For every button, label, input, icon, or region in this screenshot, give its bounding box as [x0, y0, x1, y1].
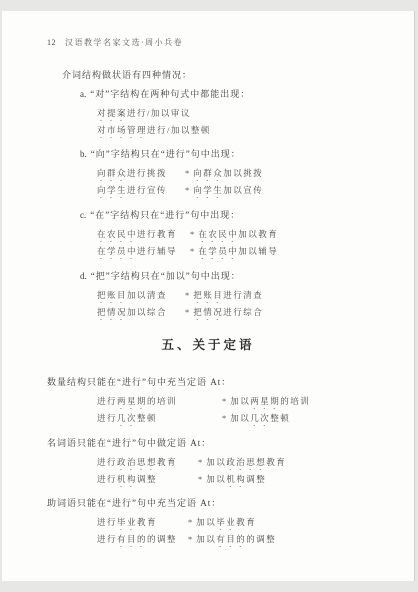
asterisk: * [185, 185, 189, 195]
example-emphasis: 对市场管理 [97, 125, 147, 135]
group-title-text: “把”字结构只在“加以”句中出现： [91, 271, 241, 281]
example-text: 进行/加以整顿 [147, 125, 211, 135]
example-text: 加以挑拨 [223, 168, 263, 178]
group-a: a.“对”字结构在两种句式中都能出现： 对提案进行/加以审议 对市场管理进行/加… [2, 89, 414, 140]
example-left: 在学员中进行辅导 [97, 244, 190, 261]
asterisk: * [185, 307, 189, 317]
example-left: 进行毕业教育 [97, 515, 188, 532]
example-row: 进行有目的的调整 *加以有目的的调整 [97, 532, 414, 549]
attr-group-examples: 进行政治思想教育 *加以政治思想教育 进行机构调整 *加以机构调整 [97, 455, 414, 489]
group-title-text: “在”字结构只在“进行”句中出现： [90, 210, 240, 220]
example-emphasis: 把账目 [97, 290, 127, 300]
example-text: 加以清查 [127, 290, 167, 300]
example-row: 进行机构调整 *加以机构调整 [97, 472, 414, 489]
book-page: 12 汉语教学名家文选·周小兵卷 介词结构做状语有四种情况： a.“对”字结构在… [2, 11, 415, 581]
asterisk: * [198, 474, 202, 484]
attr-group-examples: 进行毕业教育 *加以毕业教育 进行有目的的调整 *加以有目的的调整 [97, 515, 414, 549]
asterisk: * [190, 246, 194, 256]
example-emphasis: 两星期 [117, 396, 147, 406]
example-text: 教育 [266, 457, 286, 467]
example-text: 调整 [246, 474, 266, 484]
example-emphasis: 有目的 [216, 534, 246, 544]
example-row: 进行两星期的培训 *加以两星期的培训 [97, 394, 414, 411]
group-title-text: “向”字结构只在“进行”句中出现： [91, 149, 241, 159]
group-b: b.“向”字结构只在“进行”句中出现： 向群众进行挑拨 *向群众加以挑拨 向学生… [2, 149, 414, 200]
example-emphasis: 机构 [226, 474, 246, 484]
example-right: *在学员中加以辅导 [190, 244, 278, 261]
group-c-examples: 在农民中进行教育 *在农民中加以教育 在学员中进行辅导 *在学员中加以辅导 [97, 227, 414, 261]
example-text: 教育 [236, 517, 256, 527]
attr-group-examples: 进行两星期的培训 *加以两星期的培训 进行几次整顿 *加以几次整顿 [97, 394, 414, 428]
example-text: 加以 [230, 396, 250, 406]
group-label: a. [80, 89, 86, 99]
example-text: 进行综合 [223, 307, 263, 317]
example-emphasis: 毕业 [216, 517, 236, 527]
example-emphasis: 在学员中 [97, 246, 137, 256]
example-row: 进行毕业教育 *加以毕业教育 [97, 515, 414, 532]
example-emphasis: 向学生 [193, 185, 223, 195]
asterisk: * [222, 413, 226, 423]
example-row: 向学生进行宣传 *向学生加以宣传 [97, 183, 414, 200]
example-emphasis: 政治思想 [117, 457, 157, 467]
group-b-title: b.“向”字结构只在“进行”句中出现： [80, 149, 414, 160]
group-c: c.“在”字结构只在“进行”句中出现： 在农民中进行教育 *在农民中加以教育 在… [2, 210, 414, 261]
example-left: 对提案进行/加以审议 [97, 106, 191, 123]
example-emphasis: 向群众 [97, 168, 127, 178]
example-row: 在学员中进行辅导 *在学员中加以辅导 [97, 244, 414, 261]
example-text: 进行教育 [137, 229, 177, 239]
example-emphasis: 在农民中 [198, 229, 238, 239]
example-emphasis: 在农民中 [97, 229, 137, 239]
example-left: 进行有目的的调整 [97, 532, 188, 549]
example-text: 加以教育 [238, 229, 278, 239]
example-text: 调整 [137, 474, 157, 484]
example-right: *加以政治思想教育 [198, 455, 286, 472]
example-left: 把账目加以清查 [97, 288, 185, 305]
example-text: 进行 [97, 517, 117, 527]
asterisk: * [188, 517, 192, 527]
example-left: 向学生进行宣传 [97, 183, 185, 200]
example-text: 进行 [97, 534, 117, 544]
example-left: 向群众进行挑拨 [97, 166, 185, 183]
example-right: *向学生加以宣传 [185, 183, 263, 200]
group-c-title: c.“在”字结构只在“进行”句中出现： [80, 210, 414, 221]
example-row: 把情况加以综合 *把情况进行综合 [97, 305, 414, 322]
section-heading: 五、关于定语 [2, 337, 414, 353]
example-left: 对市场管理进行/加以整顿 [97, 123, 211, 140]
example-text: 进行挑拨 [127, 168, 167, 178]
example-emphasis: 向学生 [97, 185, 127, 195]
example-emphasis: 几次 [250, 413, 270, 423]
example-right: *加以几次整顿 [222, 411, 290, 428]
example-right: *加以毕业教育 [188, 515, 256, 532]
example-emphasis: 毕业 [117, 517, 137, 527]
example-row: 对市场管理进行/加以整顿 [97, 123, 414, 140]
example-text: 整顿 [270, 413, 290, 423]
example-emphasis: 政治思想 [226, 457, 266, 467]
page-header: 12 汉语教学名家文选·周小兵卷 [47, 38, 414, 48]
example-text: 加以 [206, 474, 226, 484]
example-left: 进行几次整顿 [97, 411, 222, 428]
example-row: 把账目加以清查 *把账目进行清查 [97, 288, 414, 305]
group-title-text: “对”字结构在两种句式中都能出现： [90, 89, 250, 99]
asterisk: * [190, 229, 194, 239]
intro-line: 介词结构做状语有四种情况： [62, 70, 414, 81]
example-emphasis: 把情况 [97, 307, 127, 317]
example-text: 加以综合 [127, 307, 167, 317]
attr-group-quantity: 数量结构只能在“进行”句中充当定语 At： 进行两星期的培训 *加以两星期的培训… [2, 377, 414, 428]
group-d: d.“把”字结构只在“加以”句中出现： 把账目加以清查 *把账目进行清查 把情况… [2, 271, 414, 322]
group-label: b. [80, 149, 87, 159]
group-b-examples: 向群众进行挑拨 *向群众加以挑拨 向学生进行宣传 *向学生加以宣传 [97, 166, 414, 200]
group-a-title: a.“对”字结构在两种句式中都能出现： [80, 89, 414, 100]
example-text: 的培训 [147, 396, 177, 406]
example-emphasis: 在学员中 [198, 246, 238, 256]
example-text: 进行 [97, 396, 117, 406]
asterisk: * [198, 457, 202, 467]
example-text: 的培训 [280, 396, 310, 406]
example-emphasis: 把账目 [193, 290, 223, 300]
example-left: 把情况加以综合 [97, 305, 185, 322]
example-text: 进行清查 [223, 290, 263, 300]
example-text: 进行 [97, 457, 117, 467]
group-d-title: d.“把”字结构只在“加以”句中出现： [80, 271, 414, 282]
example-emphasis: 把情况 [193, 307, 223, 317]
example-text: 的调整 [147, 534, 177, 544]
attr-group-particle: 助词语只能在“进行”句中充当定语 At： 进行毕业教育 *加以毕业教育 进行有目… [2, 498, 414, 549]
example-text: 教育 [137, 517, 157, 527]
example-emphasis: 机构 [117, 474, 137, 484]
running-head-title: 汉语教学名家文选·周小兵卷 [65, 38, 183, 48]
example-left: 在农民中进行教育 [97, 227, 190, 244]
example-text: 进行 [97, 413, 117, 423]
example-row: 进行几次整顿 *加以几次整顿 [97, 411, 414, 428]
group-label: c. [80, 210, 86, 220]
example-emphasis: 两星期 [250, 396, 280, 406]
group-label: d. [80, 271, 87, 281]
attr-group-noun: 名词语只能在“进行”句中做定语 At： 进行政治思想教育 *加以政治思想教育 进… [2, 438, 414, 489]
example-left: 进行两星期的培训 [97, 394, 222, 411]
example-text: 整顿 [137, 413, 157, 423]
example-text: 加以宣传 [223, 185, 263, 195]
example-text: 加以 [196, 534, 216, 544]
example-text: 进行 [97, 474, 117, 484]
example-right: *把账目进行清查 [185, 288, 263, 305]
example-right: *加以两星期的培训 [222, 394, 310, 411]
asterisk: * [222, 396, 226, 406]
example-row: 在农民中进行教育 *在农民中加以教育 [97, 227, 414, 244]
attr-group-title: 助词语只能在“进行”句中充当定语 At： [47, 498, 414, 509]
example-row: 对提案进行/加以审议 [97, 106, 414, 123]
example-emphasis: 对提案 [97, 108, 127, 118]
page-number: 12 [47, 38, 56, 48]
example-text: 进行/加以审议 [127, 108, 191, 118]
example-text: 加以 [196, 517, 216, 527]
example-text: 加以 [206, 457, 226, 467]
asterisk: * [185, 290, 189, 300]
example-left: 进行机构调整 [97, 472, 198, 489]
example-emphasis: 几次 [117, 413, 137, 423]
group-a-examples: 对提案进行/加以审议 对市场管理进行/加以整顿 [97, 106, 414, 140]
example-left: 进行政治思想教育 [97, 455, 198, 472]
attr-group-title: 数量结构只能在“进行”句中充当定语 At： [47, 377, 414, 388]
asterisk: * [185, 168, 189, 178]
attr-group-title: 名词语只能在“进行”句中做定语 At： [47, 438, 414, 449]
example-emphasis: 向群众 [193, 168, 223, 178]
example-row: 进行政治思想教育 *加以政治思想教育 [97, 455, 414, 472]
example-right: *在农民中加以教育 [190, 227, 278, 244]
example-text: 的调整 [246, 534, 276, 544]
asterisk: * [188, 534, 192, 544]
example-text: 进行宣传 [127, 185, 167, 195]
example-text: 进行辅导 [137, 246, 177, 256]
example-right: *加以有目的的调整 [188, 532, 276, 549]
group-d-examples: 把账目加以清查 *把账目进行清查 把情况加以综合 *把情况进行综合 [97, 288, 414, 322]
example-emphasis: 有目的 [117, 534, 147, 544]
example-text: 加以辅导 [238, 246, 278, 256]
example-text: 加以 [230, 413, 250, 423]
example-right: *向群众加以挑拨 [185, 166, 263, 183]
example-row: 向群众进行挑拨 *向群众加以挑拨 [97, 166, 414, 183]
example-right: *把情况进行综合 [185, 305, 263, 322]
example-text: 教育 [157, 457, 177, 467]
example-right: *加以机构调整 [198, 472, 266, 489]
